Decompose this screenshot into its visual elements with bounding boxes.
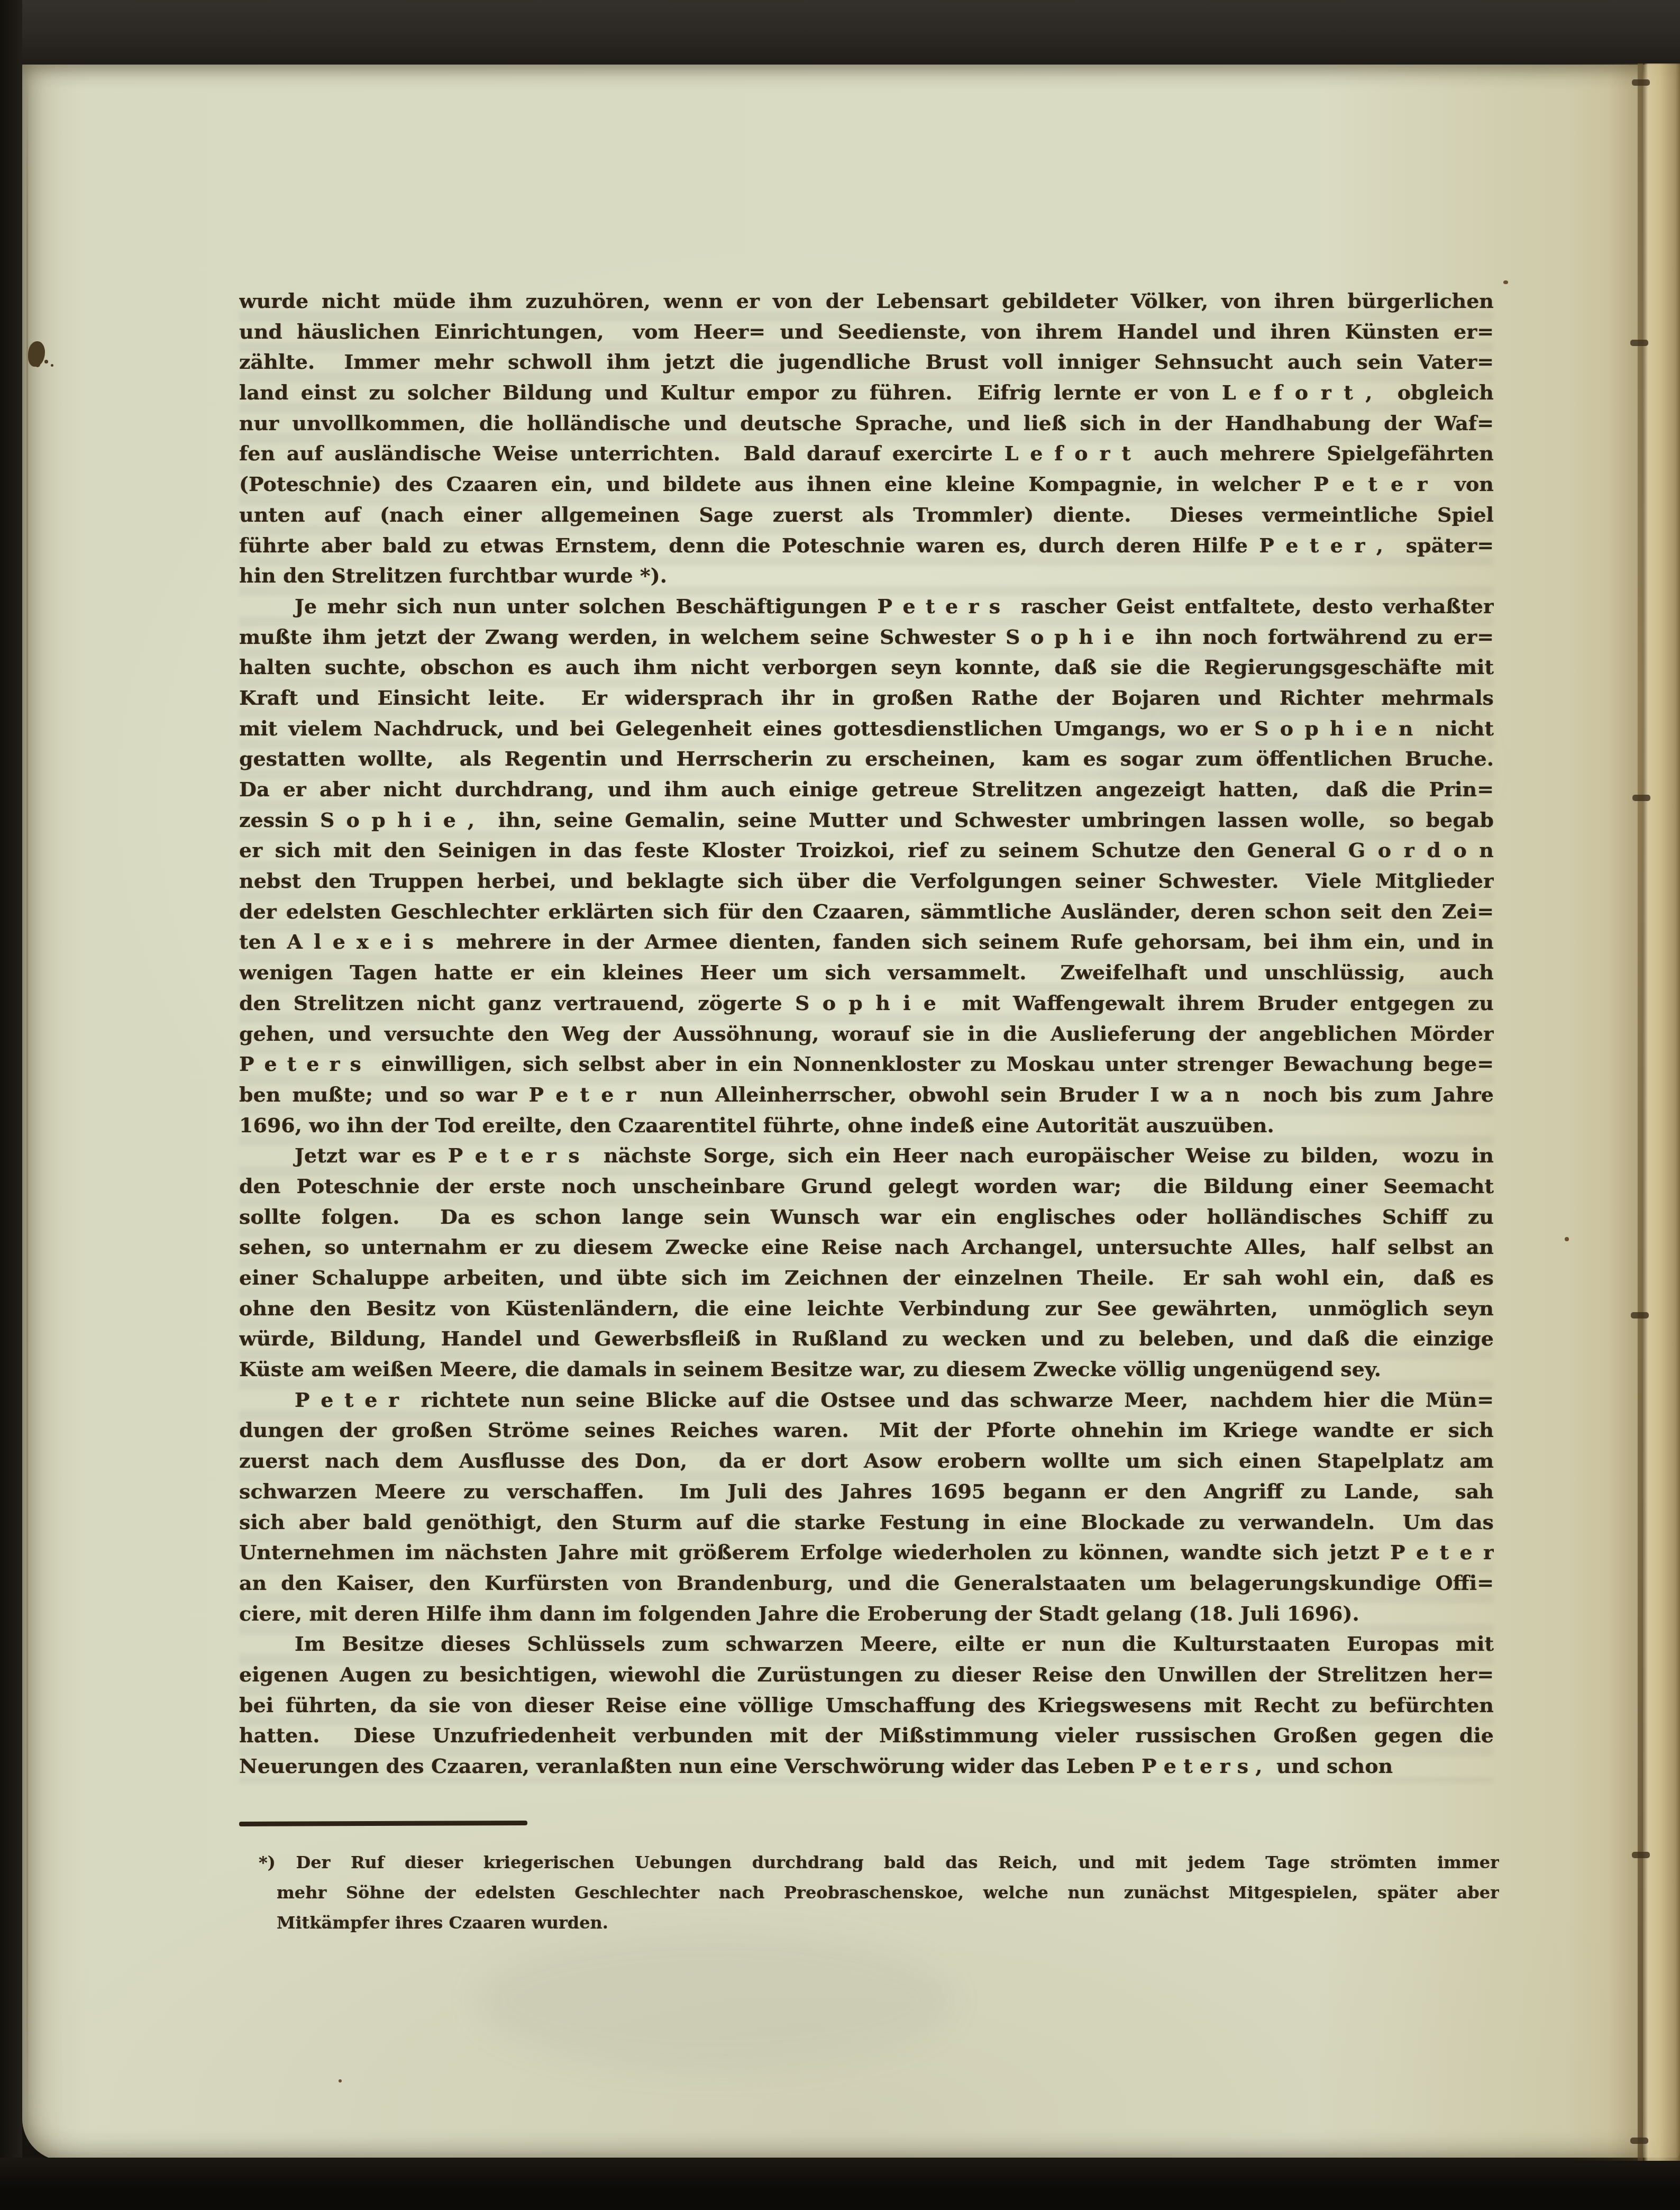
text-line: nur unvollkommen, die holländische und d… bbox=[239, 408, 1494, 439]
paper-speck bbox=[51, 364, 53, 367]
binding-stitch bbox=[1632, 795, 1650, 801]
paragraph: Je mehr sich nun unter solchen Beschäfti… bbox=[239, 591, 1494, 1140]
text-line: wenigen Tagen hatte er ein kleines Heer … bbox=[239, 957, 1494, 988]
text-line: an den Kaiser, den Kurfürsten von Brande… bbox=[239, 1568, 1494, 1598]
text-line: sollte folgen. Da es schon lange sein Wu… bbox=[239, 1202, 1494, 1232]
text-line: Unternehmen im nächsten Jahre mit größer… bbox=[239, 1537, 1494, 1568]
paper-speck bbox=[1503, 280, 1508, 284]
text-line: zessin S o p h i e , ihn, seine Gemalin,… bbox=[239, 805, 1494, 835]
text-line: hin den Strelitzen furchtbar wurde *). bbox=[239, 560, 1494, 591]
paper-speck bbox=[35, 362, 40, 367]
text-line: land einst zu solcher Bildung und Kultur… bbox=[239, 377, 1494, 408]
scanned-book-page: wurde nicht müde ihm zuzuhören, wenn er … bbox=[0, 0, 1680, 2210]
page-text: wurde nicht müde ihm zuzuhören, wenn er … bbox=[239, 286, 1494, 1781]
scan-border-bottom bbox=[0, 2158, 1680, 2210]
text-line: den Poteschnie der erste noch unscheinba… bbox=[239, 1171, 1494, 1202]
binding-stitch bbox=[1631, 1312, 1649, 1318]
text-line: hatten. Diese Unzufriedenheit verbunden … bbox=[239, 1720, 1494, 1751]
binding-stitch bbox=[1632, 1852, 1650, 1858]
text-line: (Poteschnie) des Czaaren ein, und bildet… bbox=[239, 469, 1494, 499]
binding-stitch bbox=[1630, 340, 1648, 346]
text-line: er sich mit den Seinigen in das feste Kl… bbox=[239, 835, 1494, 866]
text-line: P e t e r s einwilligen, sich selbst abe… bbox=[239, 1049, 1494, 1079]
text-line: eigenen Augen zu besichtigen, wiewohl di… bbox=[239, 1659, 1494, 1690]
text-line: unten auf (nach einer allgemeinen Sage z… bbox=[239, 499, 1494, 530]
text-line: gehen, und versuchte den Weg der Aussöhn… bbox=[239, 1018, 1494, 1049]
text-line: der edelsten Geschlechter erklärten sich… bbox=[239, 896, 1494, 927]
paper-speck bbox=[339, 2079, 342, 2082]
paragraph: Jetzt war es P e t e r s nächste Sorge, … bbox=[239, 1140, 1494, 1385]
paper-stain bbox=[476, 1931, 952, 2069]
text-line: sich aber bald genöthigt, den Sturm auf … bbox=[239, 1507, 1494, 1538]
text-line: ten A l e x e i s mehrere in der Armee d… bbox=[239, 926, 1494, 957]
gutter-crease bbox=[1638, 63, 1643, 2161]
text-line: Da er aber nicht durchdrang, und ihm auc… bbox=[239, 774, 1494, 805]
paper-speck bbox=[44, 360, 48, 363]
text-line: Küste am weißen Meere, die damals in sei… bbox=[239, 1354, 1494, 1385]
text-line: fen auf ausländische Weise unterrichten.… bbox=[239, 438, 1494, 469]
text-line: dungen der großen Ströme seines Reiches … bbox=[239, 1415, 1494, 1445]
footnote-line: Mitkämpfer ihres Czaaren wurden. bbox=[259, 1908, 1499, 1938]
text-line: gestatten wollte, als Regentin und Herrs… bbox=[239, 743, 1494, 774]
text-line: zählte. Immer mehr schwoll ihm jetzt die… bbox=[239, 347, 1494, 377]
text-line: schwarzen Meere zu verschaffen. Im Juli … bbox=[239, 1476, 1494, 1507]
text-line: Jetzt war es P e t e r s nächste Sorge, … bbox=[239, 1140, 1494, 1171]
text-line: mit vielem Nachdruck, und bei Gelegenhei… bbox=[239, 713, 1494, 744]
text-line: zuerst nach dem Ausflusse des Don, da er… bbox=[239, 1445, 1494, 1476]
text-line: Kraft und Einsicht leite. Er widersprach… bbox=[239, 683, 1494, 713]
footnote-separator bbox=[239, 1821, 527, 1826]
binding-stitch bbox=[1632, 79, 1650, 86]
text-line: P e t e r richtete nun seine Blicke auf … bbox=[239, 1385, 1494, 1415]
text-line: halten suchte, obschon es auch ihm nicht… bbox=[239, 652, 1494, 683]
text-line: ciere, mit deren Hilfe ihm dann im folge… bbox=[239, 1598, 1494, 1629]
text-line: mußte ihm jetzt der Zwang werden, in wel… bbox=[239, 622, 1494, 652]
text-line: Je mehr sich nun unter solchen Beschäfti… bbox=[239, 591, 1494, 622]
text-line: sehen, so unternahm er zu diesem Zwecke … bbox=[239, 1232, 1494, 1262]
text-line: würde, Bildung, Handel und Gewerbsfleiß … bbox=[239, 1323, 1494, 1354]
page-edge-line bbox=[26, 69, 28, 2153]
footnote-line: *) Der Ruf dieser kriegerischen Uebungen… bbox=[259, 1848, 1499, 1878]
text-line: bei führten, da sie von dieser Reise ein… bbox=[239, 1690, 1494, 1721]
paragraph: P e t e r richtete nun seine Blicke auf … bbox=[239, 1385, 1494, 1629]
footnote-line: mehr Söhne der edelsten Geschlechter nac… bbox=[259, 1878, 1499, 1908]
paragraph: Im Besitze dieses Schlüssels zum schwarz… bbox=[239, 1629, 1494, 1781]
paragraph: wurde nicht müde ihm zuzuhören, wenn er … bbox=[239, 286, 1494, 591]
binding-stitch bbox=[1630, 2138, 1648, 2144]
text-line: den Strelitzen nicht ganz vertrauend, zö… bbox=[239, 988, 1494, 1018]
scan-border-left bbox=[0, 0, 22, 2210]
text-line: wurde nicht müde ihm zuzuhören, wenn er … bbox=[239, 286, 1494, 316]
text-line: ohne den Besitz von Küstenländern, die e… bbox=[239, 1293, 1494, 1324]
footnote-text: *) Der Ruf dieser kriegerischen Uebungen… bbox=[259, 1848, 1499, 1938]
text-line: einer Schaluppe arbeiten, und übte sich … bbox=[239, 1262, 1494, 1293]
text-line: führte aber bald zu etwas Ernstem, denn … bbox=[239, 530, 1494, 561]
text-line: ben mußte; und so war P e t e r nun Alle… bbox=[239, 1079, 1494, 1110]
text-line: nebst den Truppen herbei, und beklagte s… bbox=[239, 866, 1494, 896]
text-line: 1696, wo ihn der Tod ereilte, den Czaare… bbox=[239, 1110, 1494, 1141]
text-line: Neuerungen des Czaaren, veranlaßten nun … bbox=[239, 1751, 1494, 1781]
text-line: und häuslichen Einrichtungen, vom Heer= … bbox=[239, 316, 1494, 347]
scan-border-top bbox=[0, 0, 1680, 65]
paper-speck bbox=[1565, 1237, 1569, 1241]
text-line: Im Besitze dieses Schlüssels zum schwarz… bbox=[239, 1629, 1494, 1659]
